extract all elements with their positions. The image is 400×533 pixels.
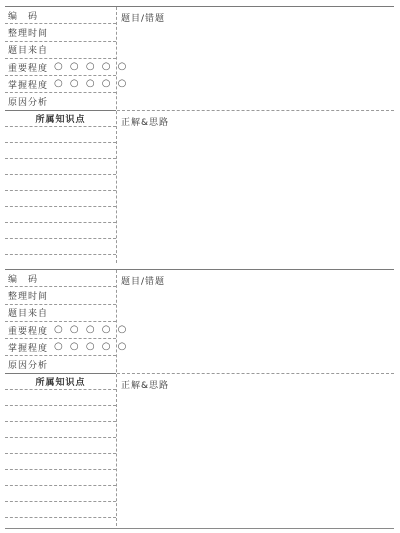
writing-line [5,127,116,143]
writing-line [5,159,116,175]
writing-line [5,422,116,438]
mistake-log-template: 编 码 整理时间 题目来自 重要程度 ○ ○ ○ ○ ○ 掌握程度 ○ ○ ○ … [0,0,400,533]
writing-line [5,191,116,207]
answer-area: 正解&思路 [117,374,394,528]
info-column: 编 码 整理时间 题目来自 重要程度 ○ ○ ○ ○ ○ 掌握程度 ○ ○ ○ … [5,7,117,263]
writing-line [5,239,116,255]
question-label: 题目/错题 [121,14,165,24]
mastery-label: 掌握程度 [8,78,48,91]
writing-line [5,486,116,502]
importance-field-row: 重要程度 ○ ○ ○ ○ ○ [5,59,116,76]
knowledge-points-header: 所属知识点 [5,111,116,127]
writing-line [5,207,116,223]
content-column: 题目/错题 正解&思路 [117,270,394,528]
knowledge-points-label: 所属知识点 [35,375,85,388]
cause-label: 原因分析 [8,95,48,108]
time-label: 整理时间 [8,26,48,39]
writing-line [5,223,116,239]
knowledge-points-header: 所属知识点 [5,374,116,390]
source-field-row: 题目来自 [5,42,116,59]
answer-label: 正解&思路 [121,118,169,128]
writing-line [5,502,116,518]
writing-line [5,175,116,191]
code-label: 编 码 [8,272,38,285]
writing-line [5,390,116,406]
question-area: 题目/错题 [117,270,394,374]
code-label: 编 码 [8,9,38,22]
content-column: 题目/错题 正解&思路 [117,7,394,269]
source-label: 题目来自 [8,306,48,319]
time-field-row: 整理时间 [5,24,116,41]
importance-label: 重要程度 [8,61,48,74]
cause-field-row: 原因分析 [5,356,116,373]
source-field-row: 题目来自 [5,305,116,322]
writing-line [5,143,116,159]
writing-line [5,470,116,486]
time-label: 整理时间 [8,289,48,302]
source-label: 题目来自 [8,43,48,56]
record-section-1: 编 码 整理时间 题目来自 重要程度 ○ ○ ○ ○ ○ 掌握程度 ○ ○ ○ … [5,6,394,269]
cause-label: 原因分析 [8,358,48,371]
answer-label: 正解&思路 [121,381,169,391]
mastery-label: 掌握程度 [8,341,48,354]
time-field-row: 整理时间 [5,287,116,304]
writing-line [5,454,116,470]
importance-label: 重要程度 [8,324,48,337]
knowledge-points-label: 所属知识点 [35,112,85,125]
code-field-row: 编 码 [5,270,116,287]
cause-field-row: 原因分析 [5,93,116,110]
question-label: 题目/错题 [121,277,165,287]
mastery-field-row: 掌握程度 ○ ○ ○ ○ ○ [5,339,116,356]
answer-area: 正解&思路 [117,111,394,269]
info-column: 编 码 整理时间 题目来自 重要程度 ○ ○ ○ ○ ○ 掌握程度 ○ ○ ○ … [5,270,117,526]
writing-line [5,406,116,422]
writing-line [5,438,116,454]
mastery-field-row: 掌握程度 ○ ○ ○ ○ ○ [5,76,116,93]
importance-field-row: 重要程度 ○ ○ ○ ○ ○ [5,322,116,339]
question-area: 题目/错题 [117,7,394,111]
code-field-row: 编 码 [5,7,116,24]
record-section-2: 编 码 整理时间 题目来自 重要程度 ○ ○ ○ ○ ○ 掌握程度 ○ ○ ○ … [5,269,394,529]
